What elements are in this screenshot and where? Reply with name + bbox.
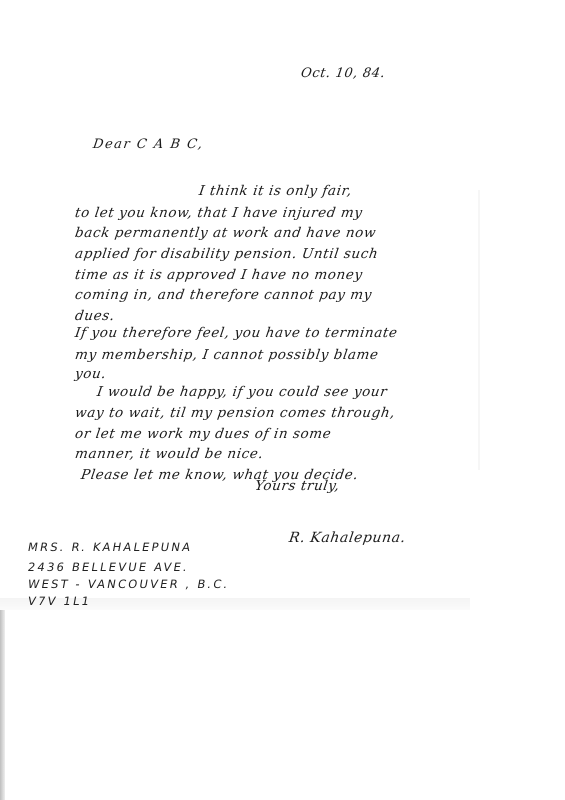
letter-signature: R. Kahalepuna. — [288, 530, 407, 546]
letter-body-line: I would be happy, if you could see your — [96, 384, 388, 400]
letter-body-line: dues. — [74, 308, 116, 324]
letter-body-line: to let you know, that I have injured my — [74, 205, 364, 221]
sender-address-line: 2436 BELLEVUE AVE. — [27, 560, 190, 574]
letter-salutation: Dear C A B C, — [92, 137, 205, 152]
letter-body-line: applied for disability pension. Until su… — [74, 246, 379, 262]
letter-body-line: way to wait, til my pension comes throug… — [74, 405, 396, 421]
scan-artifact-right-edge — [478, 190, 480, 470]
sender-address-line: WEST - VANCOUVER , B.C. — [27, 577, 231, 591]
letter-body-line: back permanently at work and have now — [74, 225, 377, 241]
letter-body-line: coming in, and therefore cannot pay my — [74, 287, 373, 303]
letter-body-line: you. — [74, 366, 107, 382]
sender-address-line: V7V 1L1 — [27, 594, 93, 608]
sender-address-line: MRS. R. KAHALEPUNA — [27, 540, 194, 554]
letter-body-line: manner, it would be nice. — [74, 446, 264, 462]
letter-body-line: or let me work my dues of in some — [74, 426, 332, 442]
letter-page: Oct. 10, 84. Dear C A B C, I think it is… — [0, 0, 565, 800]
letter-closing: Yours truly, — [254, 478, 341, 494]
letter-body-line: my membership, I cannot possibly blame — [74, 347, 380, 363]
letter-body-line: I think it is only fair, — [198, 183, 353, 199]
letter-date: Oct. 10, 84. — [300, 66, 386, 81]
letter-body-line: time as it is approved I have no money — [74, 267, 364, 283]
letter-body-line: If you therefore feel, you have to termi… — [74, 325, 399, 341]
scan-artifact-left-edge — [0, 610, 5, 800]
